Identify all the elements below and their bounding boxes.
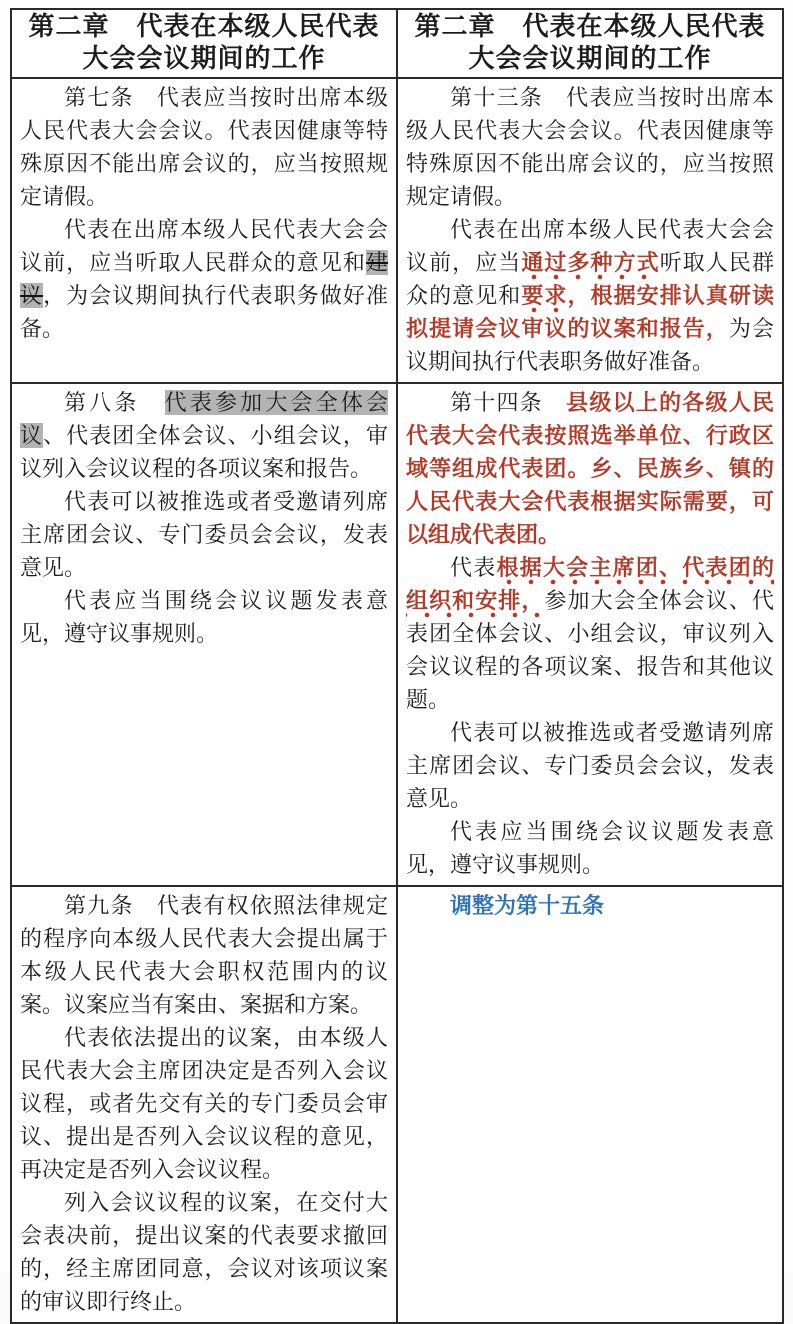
chapter-title-new: 第二章 代表在本级人民代表大会会议期间的工作 [412,11,768,75]
renumber-note-text: 调整为第十五条 [450,893,604,918]
text-run: ，为会议期间执行代表职务做好准备。 [20,283,388,341]
chapter-title-old: 第二章 代表在本级人民代表大会会议期间的工作 [26,11,382,75]
cell-renumber-note: 调整为第十五条 [397,886,783,1323]
text-run: 代表应当围绕会议议题发表意见，遵守议事规则。 [406,819,774,877]
text-run: 、代表团全体会议、小组会议，审议列入会议议程的各项议案和报告。 [20,423,388,481]
text-run: 代表依法提出的议案，由本级人民代表大会主席团决定是否列入会议议程，或者先交有关的… [20,1025,388,1182]
header-row: 第二章 代表在本级人民代表大会会议期间的工作 第二章 代表在本级人民代表大会会议… [11,9,783,78]
paragraph: 第十三条 代表应当按时出席本级人民代表大会会议。代表因健康等特殊原因不能出席会议… [406,81,774,213]
paragraph: 代表可以被推选或者受邀请列席主席团会议、专门委员会会议，发表意见。 [20,485,388,584]
header-cell-new-version: 第二章 代表在本级人民代表大会会议期间的工作 [397,9,783,78]
text-run: 第八条 [64,390,165,415]
text-run: 第九条 代表有权依照法律规定的程序向本级人民代表大会提出属于本级人民代表大会职权… [20,893,388,1017]
paragraph: 代表根据大会主席团、代表团的组织和安排，参加大会全体会议、代表团全体会议、小组会… [406,551,774,716]
paragraph: 第十四条 县级以上的各级人民代表大会代表按照选举单位、行政区域等组成代表团。乡、… [406,386,774,551]
paragraph: 代表应当围绕会议议题发表意见，遵守议事规则。 [20,584,388,650]
paragraph: 第九条 代表有权依照法律规定的程序向本级人民代表大会提出属于本级人民代表大会职权… [20,889,388,1021]
text-run: 列入会议议程的议案，在交付大会表决前，提出议案的代表要求撤回的，经主席团同意，会… [20,1190,388,1314]
text-run: 代表可以被推选或者受邀请列席主席团会议、专门委员会会议，发表意见。 [406,720,774,811]
cell-article-7-old: 第七条 代表应当按时出席本级人民代表大会会议。代表因健康等特殊原因不能出席会议的… [11,78,397,383]
cell-article-8-old: 第八条 代表参加大会全体会议、代表团全体会议、小组会议，审议列入会议议程的各项议… [11,383,397,886]
table-row-article-7-vs-13: 第七条 代表应当按时出席本级人民代表大会会议。代表因健康等特殊原因不能出席会议的… [11,78,783,383]
header-cell-old-version: 第二章 代表在本级人民代表大会会议期间的工作 [11,9,397,78]
text-run: 第十三条 代表应当按时出席本级人民代表大会会议。代表因健康等特殊原因不能出席会议… [406,85,774,209]
paragraph: 第八条 代表参加大会全体会议、代表团全体会议、小组会议，审议列入会议议程的各项议… [20,386,388,485]
text-run: 第七条 代表应当按时出席本级人民代表大会会议。代表因健康等特殊原因不能出席会议的… [20,85,388,209]
inserted-text-emphasized: 通过多种方式 [521,250,659,280]
text-run: 代表在出席本级人民代表大会会议前，应当听取人民群众的意见和 [20,217,388,275]
cell-article-13-new: 第十三条 代表应当按时出席本级人民代表大会会议。代表因健康等特殊原因不能出席会议… [397,78,783,383]
paragraph: 第七条 代表应当按时出席本级人民代表大会会议。代表因健康等特殊原因不能出席会议的… [20,81,388,213]
law-comparison-table: 第二章 代表在本级人民代表大会会议期间的工作 第二章 代表在本级人民代表大会会议… [10,8,784,1324]
paragraph: 调整为第十五条 [406,889,774,922]
paragraph: 代表可以被推选或者受邀请列席主席团会议、专门委员会会议，发表意见。 [406,716,774,815]
cell-article-9-old: 第九条 代表有权依照法律规定的程序向本级人民代表大会提出属于本级人民代表大会职权… [11,886,397,1323]
comparison-page: 第二章 代表在本级人民代表大会会议期间的工作 第二章 代表在本级人民代表大会会议… [0,0,793,1271]
inserted-text-emphasized: 要求 [521,283,567,313]
paragraph: 代表依法提出的议案，由本级人民代表大会主席团决定是否列入会议议程，或者先交有关的… [20,1021,388,1186]
text-run: 代表 [450,555,496,580]
table-row-article-8-vs-14: 第八条 代表参加大会全体会议、代表团全体会议、小组会议，审议列入会议议程的各项议… [11,383,783,886]
paragraph: 列入会议议程的议案，在交付大会表决前，提出议案的代表要求撤回的，经主席团同意，会… [20,1186,388,1318]
text-run: 代表应当围绕会议议题发表意见，遵守议事规则。 [20,588,388,646]
paragraph: 代表在出席本级人民代表大会会议前，应当听取人民群众的意见和建议，为会议期间执行代… [20,213,388,345]
text-run: 代表可以被推选或者受邀请列席主席团会议、专门委员会会议，发表意见。 [20,489,388,580]
paragraph: 代表应当围绕会议议题发表意见，遵守议事规则。 [406,815,774,881]
text-run: 第十四条 [450,390,566,415]
table-row-article-9-vs-15: 第九条 代表有权依照法律规定的程序向本级人民代表大会提出属于本级人民代表大会职权… [11,886,783,1323]
cell-article-14-new: 第十四条 县级以上的各级人民代表大会代表按照选举单位、行政区域等组成代表团。乡、… [397,383,783,886]
paragraph: 代表在出席本级人民代表大会会议前，应当通过多种方式听取人民群众的意见和要求，根据… [406,213,774,378]
